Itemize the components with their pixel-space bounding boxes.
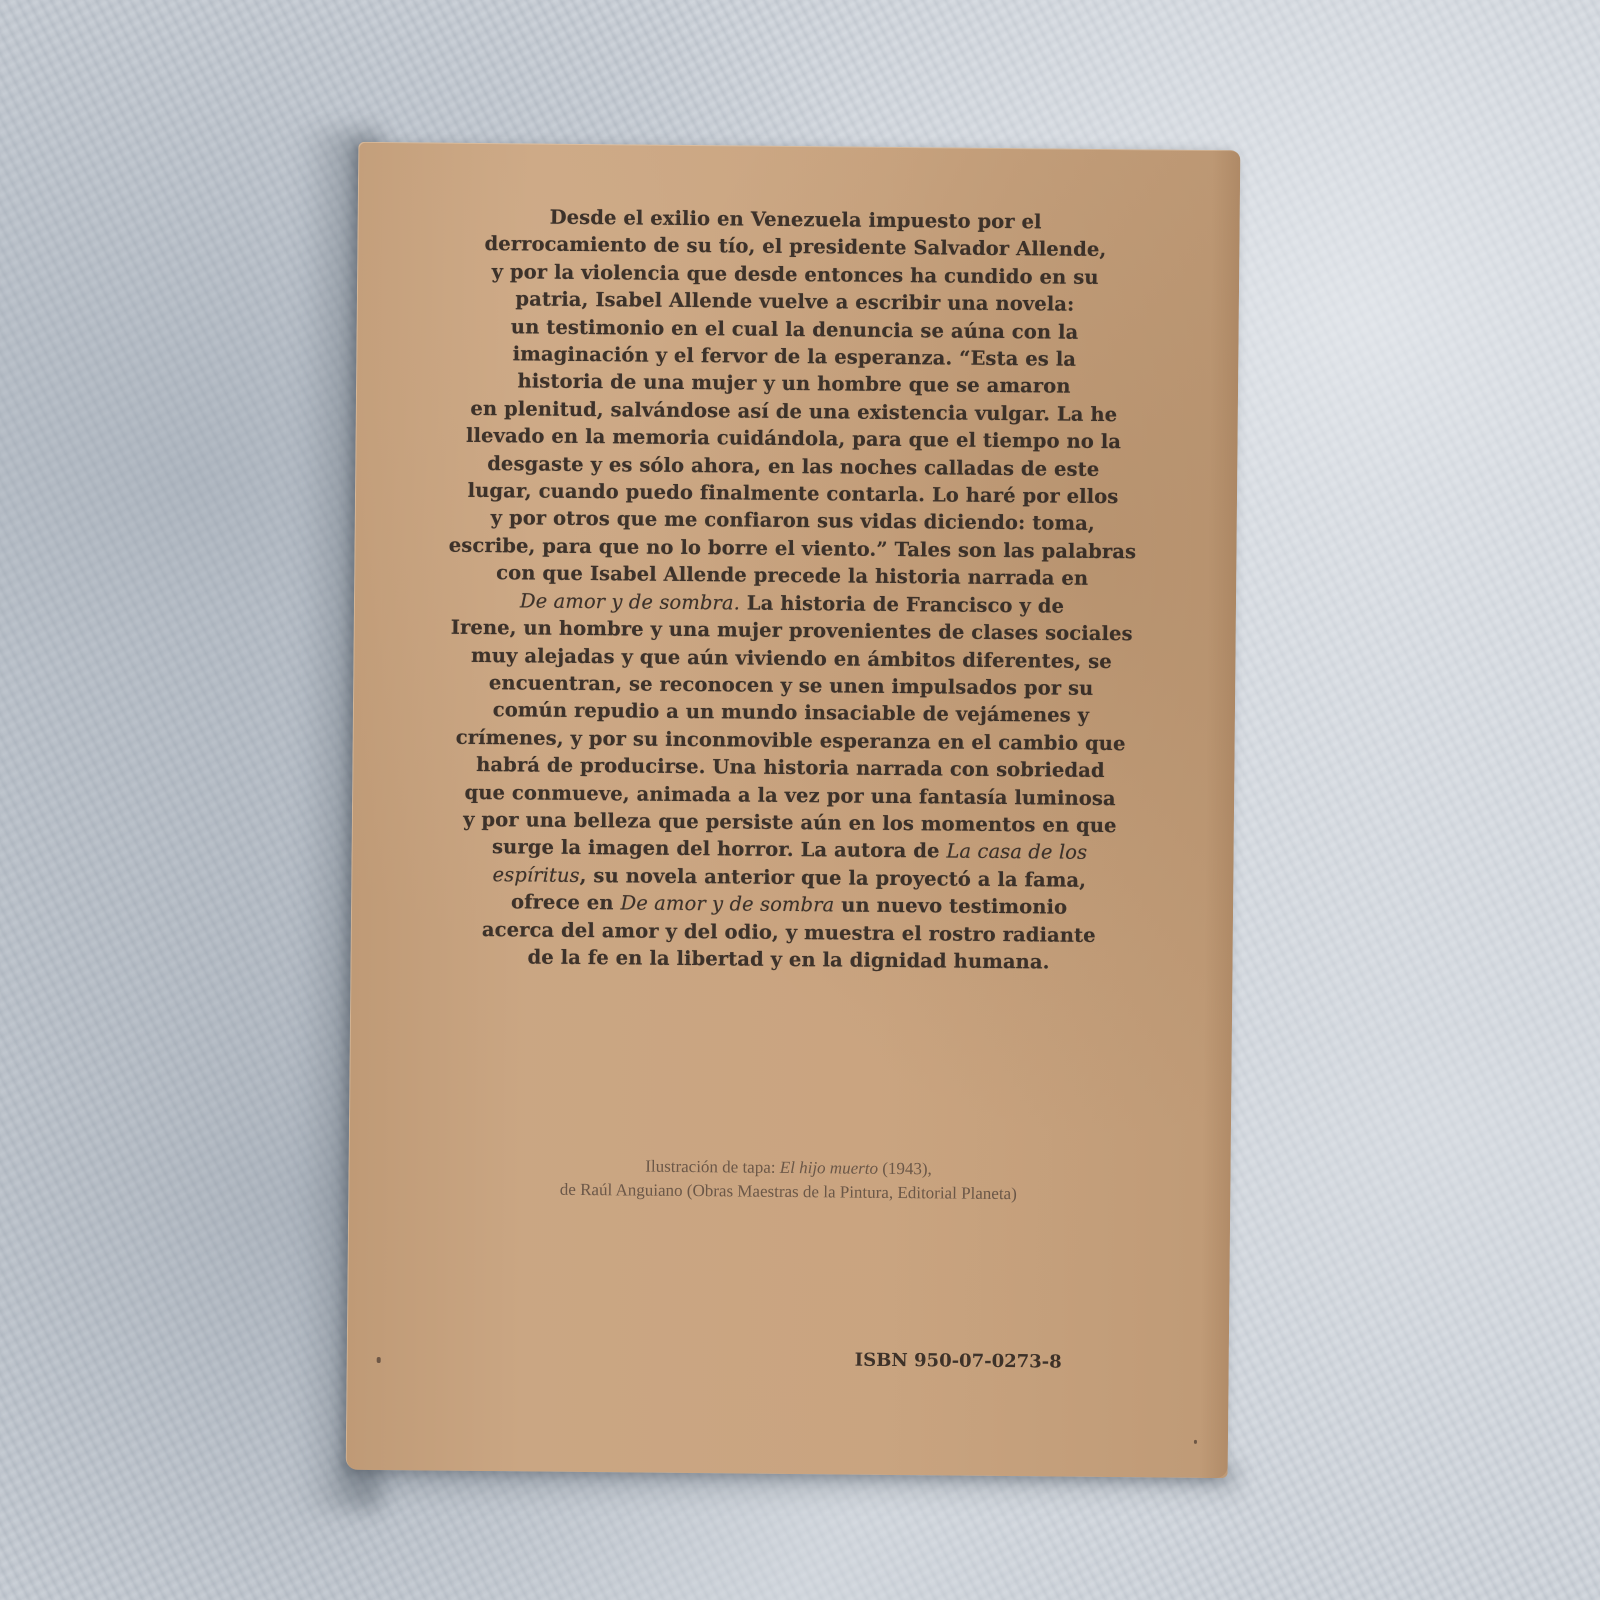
cover-illustration-credit: Ilustración de tapa: El hijo muerto (194… bbox=[408, 1152, 1168, 1207]
blurb-line-text: ofrece en bbox=[511, 890, 621, 914]
credit-prefix: Ilustración de tapa: bbox=[645, 1157, 780, 1177]
book-back-cover: Desde el exilio en Venezuela impuesto po… bbox=[346, 142, 1241, 1478]
blurb-line: de la fe en la libertad y en la dignidad… bbox=[438, 943, 1138, 977]
blurb-line-text: surge la imagen del horror. La autora de bbox=[492, 835, 947, 862]
paper-speck bbox=[1194, 1440, 1197, 1444]
artwork-title: El hijo muerto bbox=[780, 1158, 878, 1178]
blurb-line-text: , su novela anterior que la proyectó a l… bbox=[580, 864, 1087, 892]
book-title-italic: De amor y de sombra bbox=[620, 892, 834, 917]
blurb-line-text: La historia de Francisco y de bbox=[740, 591, 1064, 617]
paper-speck bbox=[377, 1357, 381, 1363]
book-title-italic: De amor y de sombra. bbox=[520, 589, 740, 614]
book-title-italic: espíritus bbox=[492, 863, 579, 887]
book-title-italic: La casa de los bbox=[946, 840, 1087, 864]
credit-suffix: (1943), bbox=[878, 1159, 932, 1179]
blurb-text: Desde el exilio en Venezuela impuesto po… bbox=[438, 203, 1145, 977]
isbn-number: ISBN 950-07-0273-8 bbox=[855, 1350, 1062, 1373]
blurb-line-text: un nuevo testimonio bbox=[834, 894, 1067, 919]
